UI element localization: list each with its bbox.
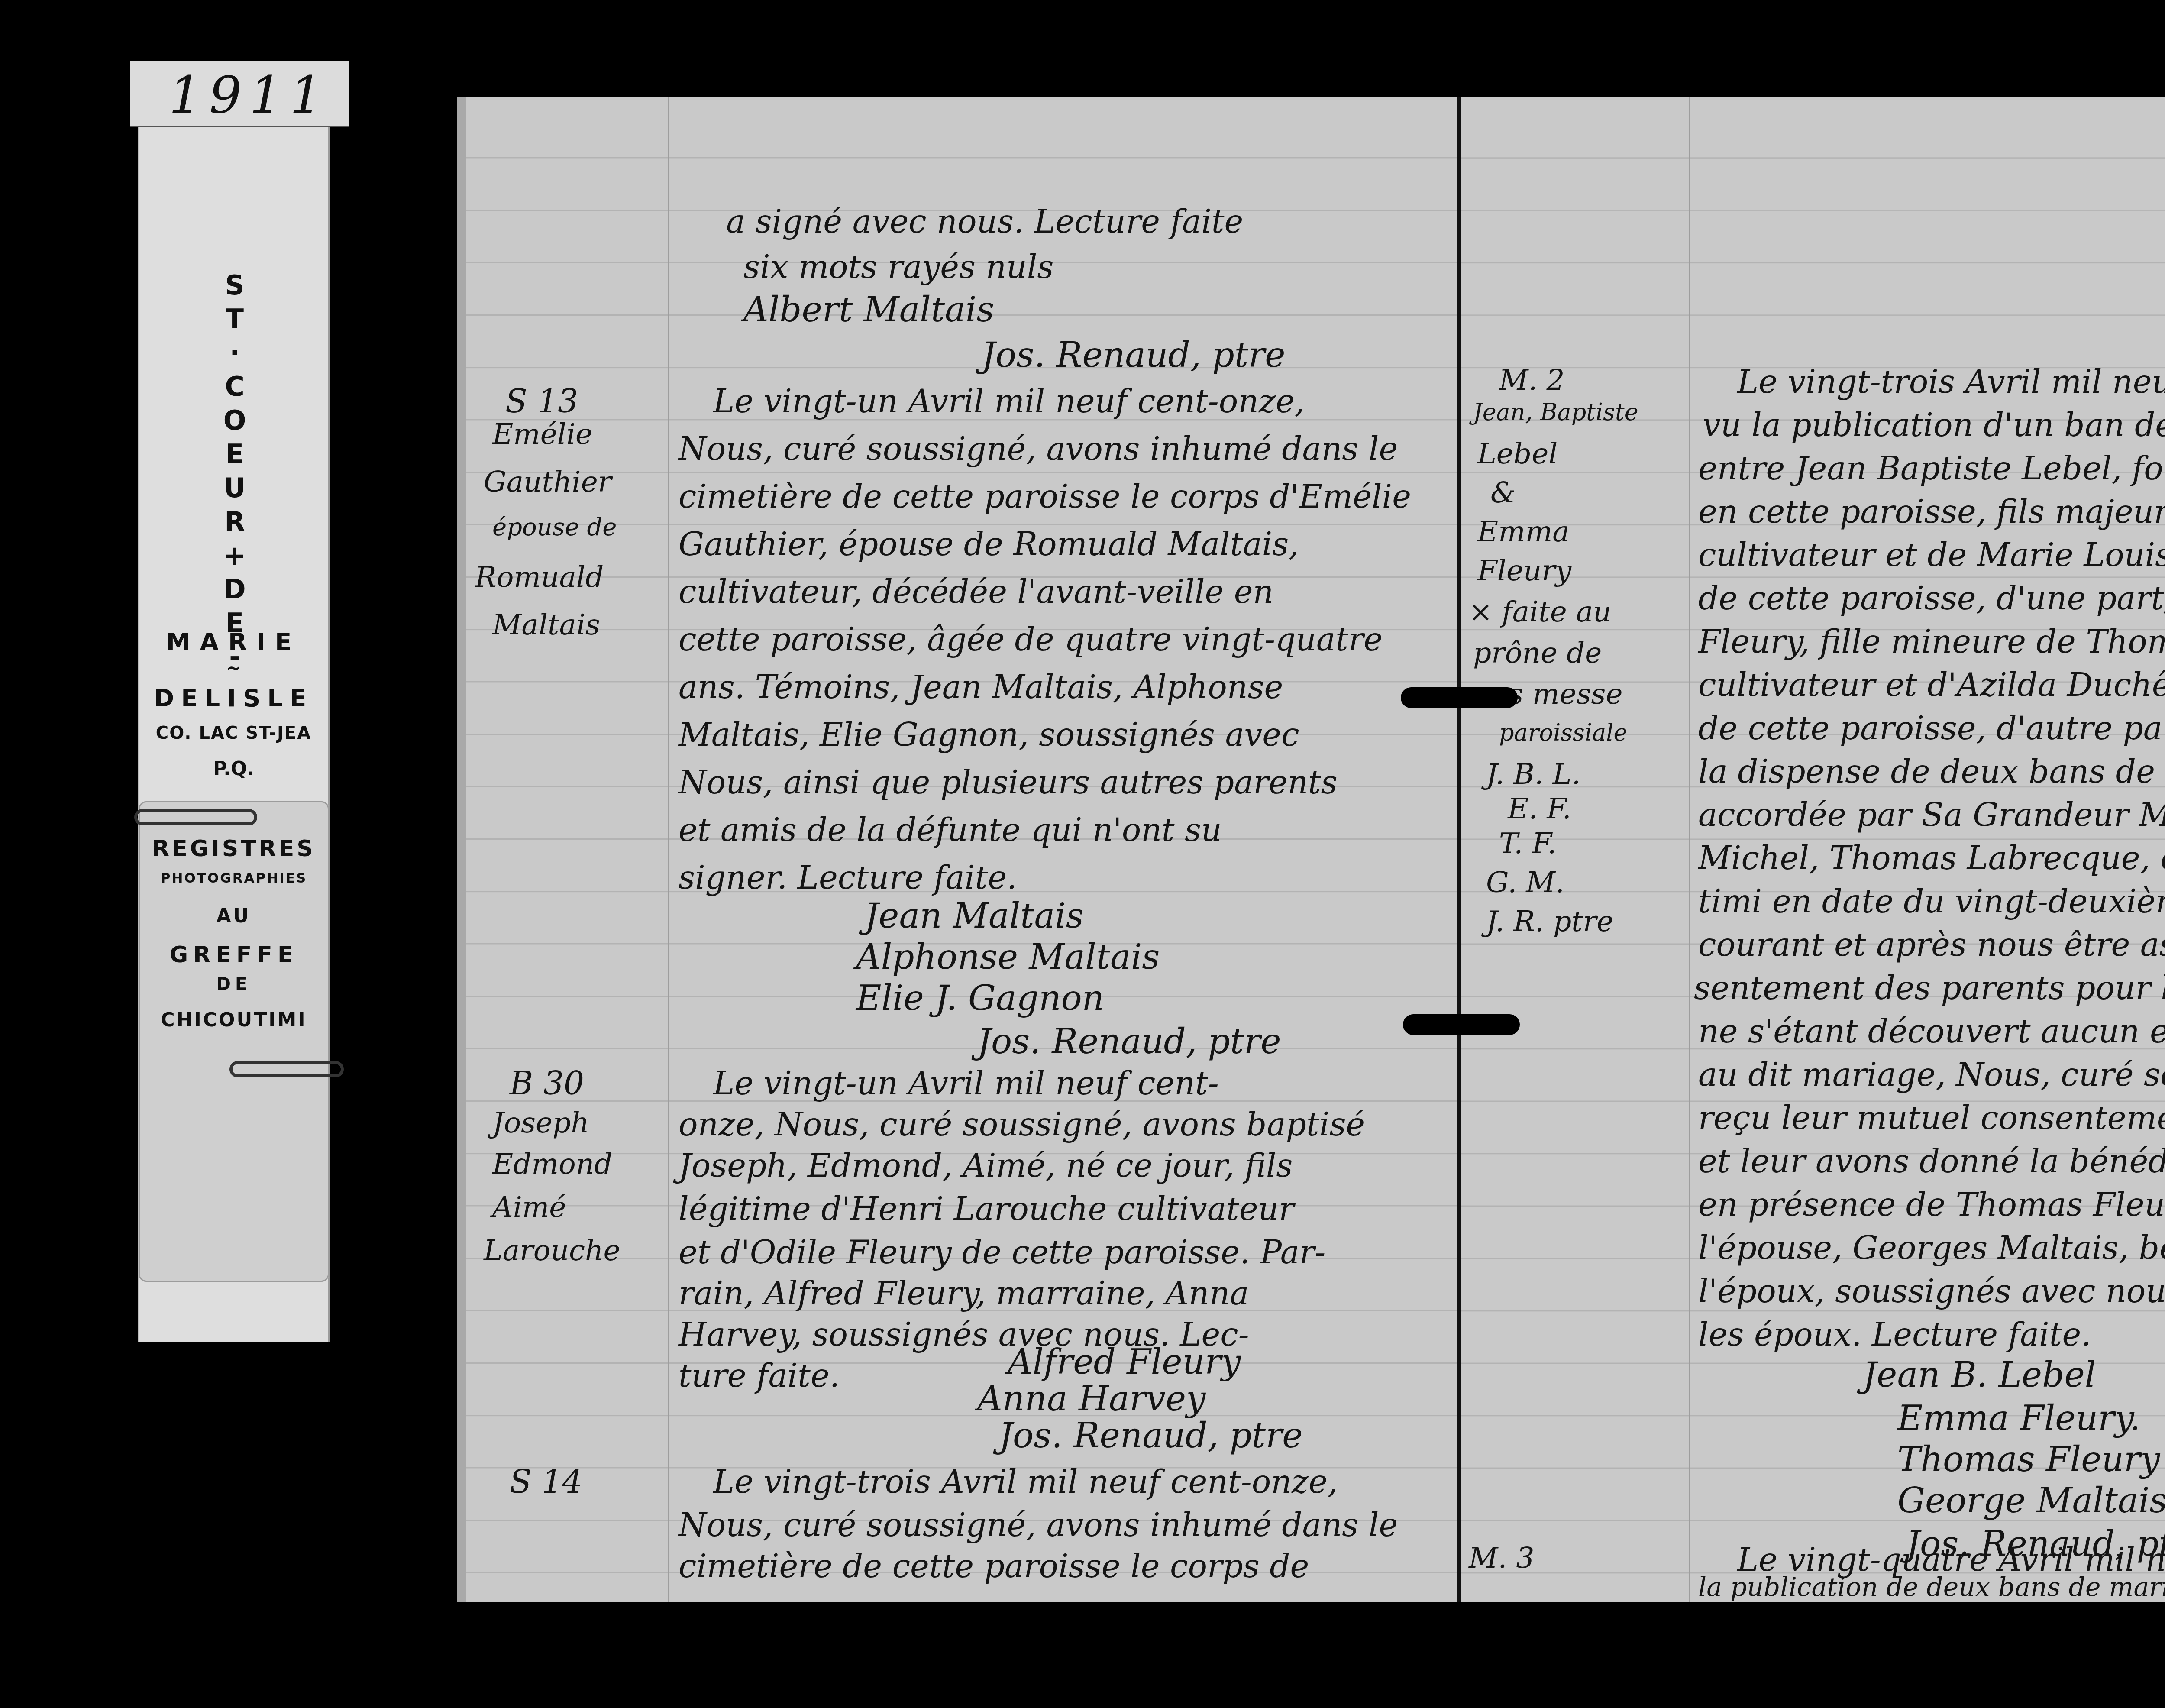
entry-line: en présence de Thomas Fleury, père de [1698, 1189, 2165, 1221]
margin-note: Aimé [492, 1193, 566, 1222]
entry-line: Le vingt-quatre Avril mil neuf cent-onze… [1737, 1544, 2165, 1576]
entry-line: accordée par Sa Grandeur Monseigneur [1698, 799, 2165, 831]
entry-line: légitime d'Henri Larouche cultivateur [679, 1193, 1294, 1225]
entry-line: l'époux, soussignés avec nous, ainsi que [1698, 1275, 2165, 1307]
entry-line: et d'Odile Fleury de cette paroisse. Par… [679, 1236, 1325, 1268]
ledger-page-left: a signé avec nous. Lecture faite six mot… [457, 97, 1469, 1602]
entry-line: entre Jean Baptiste Lebel, forgeron, dom… [1698, 453, 2165, 485]
parish-letter: S [225, 268, 245, 302]
entry-line: sentement des parents pour la partie min… [1694, 972, 2165, 1004]
entry-line: courant et après nous être assuré du con… [1698, 929, 2165, 961]
margin-note: Edmond [492, 1150, 613, 1178]
entry-line: de cette paroisse, d'une part; et Emma [1698, 582, 2165, 615]
ledger-page-right: Huit M. 2 Jean, Baptiste Lebel & Emma Fl… [1460, 97, 2165, 1602]
entry-line: et amis de la défunte qui n'ont su [679, 814, 1222, 846]
entry-line: cimetière de cette paroisse le corps de [679, 1550, 1309, 1582]
binder-ring-icon [1403, 1014, 1520, 1035]
signature: Jos. Renaud, ptre [999, 1418, 1302, 1453]
entry-code: M. 3 [1469, 1544, 1535, 1572]
parish-letter: U [224, 471, 246, 505]
entry-line: la dispense de deux bans de mariage [1698, 756, 2165, 788]
entry-line: les époux. Lecture faite. [1698, 1319, 2091, 1351]
signature: Thomas Fleury [1897, 1442, 2160, 1477]
margin-note: & [1490, 479, 1516, 507]
signature: Elie J. Gagnon [856, 981, 1104, 1016]
entry-line: reçu leur mutuel consentement de mariage [1698, 1102, 2165, 1134]
margin-note: prône de [1473, 639, 1602, 667]
entry-line: ans. Témoins, Jean Maltais, Alphonse [679, 671, 1283, 703]
binder-ring-icon [1401, 687, 1518, 708]
signature: George Maltais [1897, 1483, 2165, 1518]
margin-rule [668, 97, 669, 1602]
margin-note: G. M. [1486, 868, 1564, 897]
entry-line: Nous, curé soussigné, avons inhumé dans … [679, 433, 1398, 465]
entry-line: cultivateur, décédée l'avant-veille en [679, 576, 1273, 608]
entry-line: signer. Lecture faite. [679, 862, 1017, 894]
entry-line: l'épouse, Georges Maltais, beau-frère de [1698, 1232, 2165, 1264]
entry-line: cimetière de cette paroisse le corps d'E… [679, 481, 1411, 513]
registry-card: REGISTRES PHOTOGRAPHIES AU GREFFE DE CHI… [139, 801, 329, 1282]
margin-note: J. R. ptre [1486, 907, 1613, 936]
signature: Alfred Fleury [1008, 1345, 1241, 1379]
paperclip-icon [134, 809, 257, 825]
parish-letter: C [225, 370, 245, 404]
paperclip-icon [229, 1061, 344, 1077]
entry-line: Le vingt-un Avril mil neuf cent-onze, [713, 385, 1305, 417]
continuation-line: six mots rayés nuls [743, 251, 1053, 283]
margin-note: Gauthier [484, 468, 611, 496]
entry-line: cette paroisse, âgée de quatre vingt-qua… [679, 624, 1383, 656]
entry-line: Nous, curé soussigné, avons inhumé dans … [679, 1509, 1398, 1541]
signature: Jean B. Lebel [1863, 1358, 2096, 1392]
entry-line: Le vingt-un Avril mil neuf cent- [713, 1067, 1219, 1100]
entry-line: Le vingt-trois Avril mil neuf cent-onze, [713, 1466, 1338, 1498]
card-line: AU [139, 905, 329, 927]
parish-name-line: ~ [139, 658, 328, 678]
entry-code: M. 2 [1499, 366, 1565, 395]
entry-line: Michel, Thomas Labrecque, évêque de Chic… [1698, 842, 2165, 874]
entry-line: au dit mariage, Nous, curé soussigné, av… [1698, 1059, 2165, 1091]
entry-line: timi en date du vingt-deuxième jour du [1698, 886, 2165, 918]
margin-note: Romuald [475, 563, 604, 592]
entry-line: Fleury, fille mineure de Thomas Fleury, [1698, 626, 2165, 658]
parish-letter: R [224, 505, 245, 539]
entry-line: ture faite. [679, 1360, 840, 1392]
parish-letter: E [226, 437, 244, 471]
margin-note: paroissiale [1499, 721, 1627, 744]
card-line: REGISTRES [139, 836, 329, 862]
margin-note: Jean, Baptiste [1473, 401, 1638, 424]
card-line: CHICOUTIMI [139, 1009, 329, 1031]
margin-note: Emélie [492, 420, 592, 449]
parish-letter: D [223, 573, 246, 606]
margin-note: Maltais [492, 611, 600, 639]
card-line: DE [139, 974, 329, 994]
signature: Jos. Renaud, ptre [977, 1024, 1281, 1059]
margin-note: T. F. [1499, 829, 1557, 858]
entry-line: en cette paroisse, fils majeur de George… [1698, 496, 2165, 528]
entry-line: Gauthier, épouse de Romuald Maltais, [679, 528, 1299, 560]
entry-line: Le vingt-trois Avril mil neuf cent-onze, [1737, 366, 2165, 398]
card-line: PHOTOGRAPHIES [139, 870, 329, 886]
margin-note: Emma [1477, 518, 1570, 546]
margin-note: épouse de [492, 515, 617, 540]
entry-code: S 14 [510, 1466, 582, 1498]
entry-line: Nous, ainsi que plusieurs autres parents [679, 767, 1338, 799]
entry-code: S 13 [505, 385, 578, 417]
year-tab: 1911 [130, 61, 349, 127]
entry-line: Joseph, Edmond, Aimé, né ce jour, fils [679, 1150, 1293, 1182]
entry-line: cultivateur et de Marie Louise Chaînesl; [1698, 539, 2165, 571]
margin-note: × faite au [1469, 598, 1612, 626]
county-line: CO. LAC ST-JEA [139, 723, 328, 743]
entry-line: cultivateur et d'Azilda Duchêne, aussi [1698, 669, 2165, 701]
parish-vertical-text: ST·COEUR+DE- [220, 268, 250, 674]
margin-note: Joseph [492, 1109, 589, 1137]
parish-name-line: MARIE [139, 628, 328, 656]
entry-line: vu la publication d'un ban de mariage × [1703, 409, 2165, 441]
continuation-line: a signé avec nous. Lecture faite [726, 206, 1243, 238]
entry-line: rain, Alfred Fleury, marraine, Anna [679, 1278, 1249, 1310]
margin-note: Fleury [1477, 556, 1571, 585]
province-line: P.Q. [139, 758, 328, 780]
parish-name-line: DELISLE [139, 684, 328, 712]
margin-rule [1689, 97, 1690, 1602]
entry-line: et leur avons donné la bénédiction nupti… [1698, 1145, 2165, 1177]
margin-note: Larouche [484, 1236, 620, 1265]
signature: Emma Fleury. [1897, 1401, 2140, 1436]
signature: Albert Maltais [743, 292, 994, 327]
entry-line: Maltais, Elie Gagnon, soussignés avec [679, 719, 1299, 751]
signature: Alphonse Maltais [856, 940, 1160, 974]
parish-letter: T [226, 302, 244, 336]
parish-letter: O [223, 404, 246, 437]
entry-code: B 30 [510, 1067, 584, 1100]
book-binding [1457, 97, 1461, 1602]
card-line: GREFFE [139, 942, 329, 968]
parish-letter: + [223, 539, 246, 573]
margin-note: J. B. L. [1486, 760, 1581, 789]
signature: Jean Maltais [865, 899, 1084, 933]
margin-note: E. F. [1508, 795, 1571, 823]
entry-line: onze, Nous, curé soussigné, avons baptis… [679, 1109, 1365, 1141]
entry-line: de cette paroisse, d'autre part; vu auss… [1698, 712, 2165, 744]
entry-line: ne s'étant découvert aucun empêchement [1698, 1016, 2165, 1048]
signature: Jos. Renaud, ptre [982, 338, 1285, 372]
signature: Anna Harvey [977, 1381, 1205, 1416]
entry-line: la publication de deux bans de mariage f… [1698, 1574, 2165, 1600]
parish-letter: · [229, 336, 240, 370]
year-label: 1911 [169, 65, 330, 125]
margin-note: Lebel [1477, 440, 1558, 468]
